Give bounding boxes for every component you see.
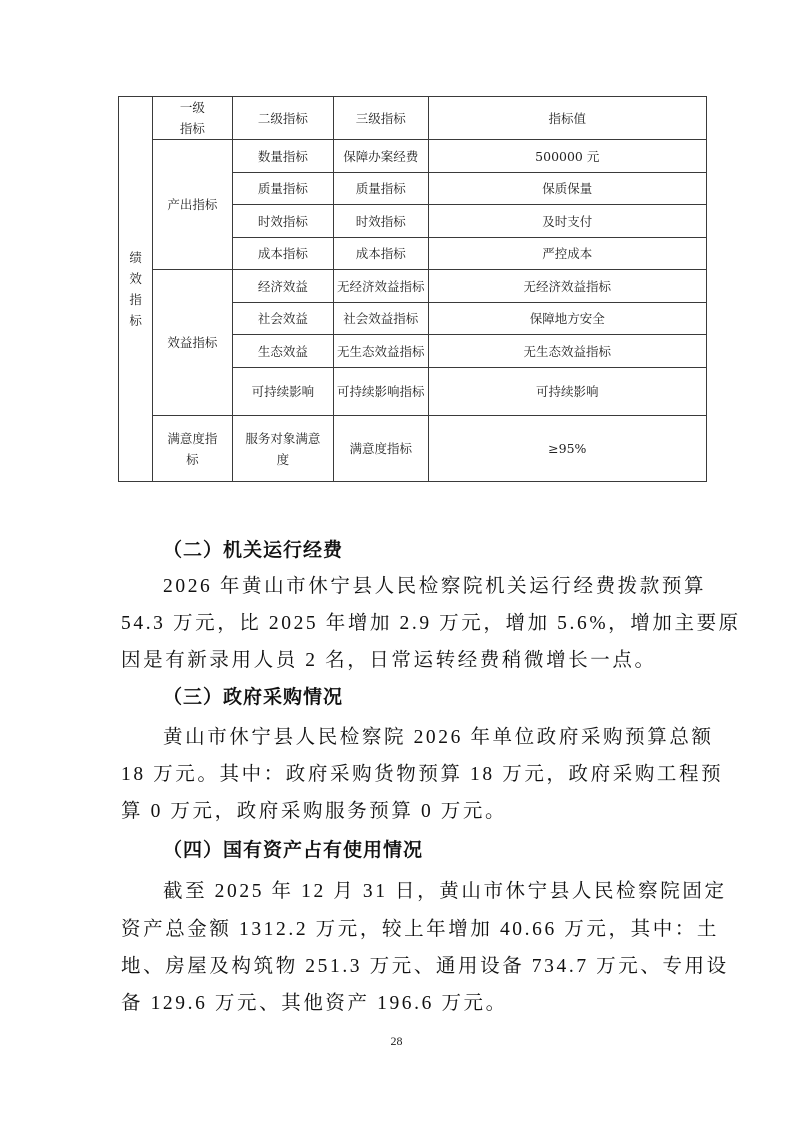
header-level1-line: 一级	[155, 97, 229, 118]
table-row: 效益指标 经济效益 无经济效益指标 无经济效益指标	[119, 270, 707, 303]
side-label-performance-indicators: 绩 效 指 标	[119, 97, 153, 482]
section-heading-operating-expenses: （二）机关运行经费	[163, 535, 343, 562]
cell-value: 无经济效益指标	[428, 270, 706, 303]
section-heading-government-procurement: （三）政府采购情况	[163, 682, 343, 709]
cell-value: 无生态效益指标	[428, 335, 706, 368]
cell-level3: 无经济效益指标	[334, 270, 428, 303]
side-label-char: 指	[121, 289, 150, 310]
document-page: 绩 效 指 标 一级 指标 二级指标 三级指标 指标值 产出指标 数量指标 保障…	[0, 0, 793, 1122]
paragraph-line: 54.3 万元，比 2025 年增加 2.9 万元，增加 5.6%，增加主要原	[121, 607, 741, 635]
cell-value: 严控成本	[428, 238, 706, 270]
cell-level2-line: 度	[235, 449, 332, 470]
side-label-char: 绩	[121, 247, 150, 268]
cell-level2-line: 服务对象满意	[235, 428, 332, 449]
cell-level3: 社会效益指标	[334, 303, 428, 335]
cell-value: 500000 元	[428, 140, 706, 173]
header-level3: 三级指标	[334, 97, 428, 140]
paragraph-line: 黄山市休宁县人民检察院 2026 年单位政府采购预算总额	[163, 721, 714, 749]
paragraph-line: 资产总金额 1312.2 万元，较上年增加 40.66 万元，其中：土	[121, 913, 719, 941]
cell-value: ≥95%	[428, 416, 706, 482]
cell-level2: 时效指标	[232, 205, 334, 238]
cell-value: 可持续影响	[428, 368, 706, 416]
table-header-row: 绩 效 指 标 一级 指标 二级指标 三级指标 指标值	[119, 97, 707, 140]
cell-level3: 成本指标	[334, 238, 428, 270]
table-row: 产出指标 数量指标 保障办案经费 500000 元	[119, 140, 707, 173]
cell-level2: 经济效益	[232, 270, 334, 303]
header-level1: 一级 指标	[153, 97, 232, 140]
cell-level2: 服务对象满意 度	[232, 416, 334, 482]
paragraph-line: 18 万元。其中：政府采购货物预算 18 万元，政府采购工程预	[121, 758, 723, 786]
group-label-line: 标	[155, 449, 229, 470]
section-heading-state-assets: （四）国有资产占有使用情况	[163, 835, 423, 862]
cell-level3: 可持续影响指标	[334, 368, 428, 416]
cell-level3: 满意度指标	[334, 416, 428, 482]
cell-level3: 时效指标	[334, 205, 428, 238]
group-label-benefit: 效益指标	[153, 270, 232, 416]
page-number: 28	[0, 1034, 793, 1049]
paragraph-line: 截至 2025 年 12 月 31 日，黄山市休宁县人民检察院固定	[163, 875, 727, 903]
paragraph-line: 2026 年黄山市休宁县人民检察院机关运行经费拨款预算	[163, 570, 706, 598]
paragraph-line: 算 0 万元，政府采购服务预算 0 万元。	[121, 795, 507, 823]
side-label-char: 标	[121, 310, 150, 331]
paragraph-line: 地、房屋及构筑物 251.3 万元、通用设备 734.7 万元、专用设	[121, 950, 729, 978]
cell-level2: 生态效益	[232, 335, 334, 368]
header-value: 指标值	[428, 97, 706, 140]
cell-value: 保质保量	[428, 173, 706, 205]
cell-level2: 质量指标	[232, 173, 334, 205]
cell-value: 及时支付	[428, 205, 706, 238]
cell-level2: 社会效益	[232, 303, 334, 335]
cell-level3: 保障办案经费	[334, 140, 428, 173]
cell-level3: 质量指标	[334, 173, 428, 205]
cell-level2: 成本指标	[232, 238, 334, 270]
group-label-line: 满意度指	[155, 428, 229, 449]
paragraph-line: 备 129.6 万元、其他资产 196.6 万元。	[121, 987, 508, 1015]
group-label-output: 产出指标	[153, 140, 232, 270]
cell-value: 保障地方安全	[428, 303, 706, 335]
side-label-char: 效	[121, 268, 150, 289]
paragraph-line: 因是有新录用人员 2 名，日常运转经费稍微增长一点。	[121, 644, 657, 672]
cell-level2: 数量指标	[232, 140, 334, 173]
header-level2: 二级指标	[232, 97, 334, 140]
group-label-satisfaction: 满意度指 标	[153, 416, 232, 482]
cell-level2: 可持续影响	[232, 368, 334, 416]
table-row: 满意度指 标 服务对象满意 度 满意度指标 ≥95%	[119, 416, 707, 482]
header-level1-line: 指标	[155, 118, 229, 139]
cell-level3: 无生态效益指标	[334, 335, 428, 368]
performance-indicator-table: 绩 效 指 标 一级 指标 二级指标 三级指标 指标值 产出指标 数量指标 保障…	[118, 96, 707, 482]
